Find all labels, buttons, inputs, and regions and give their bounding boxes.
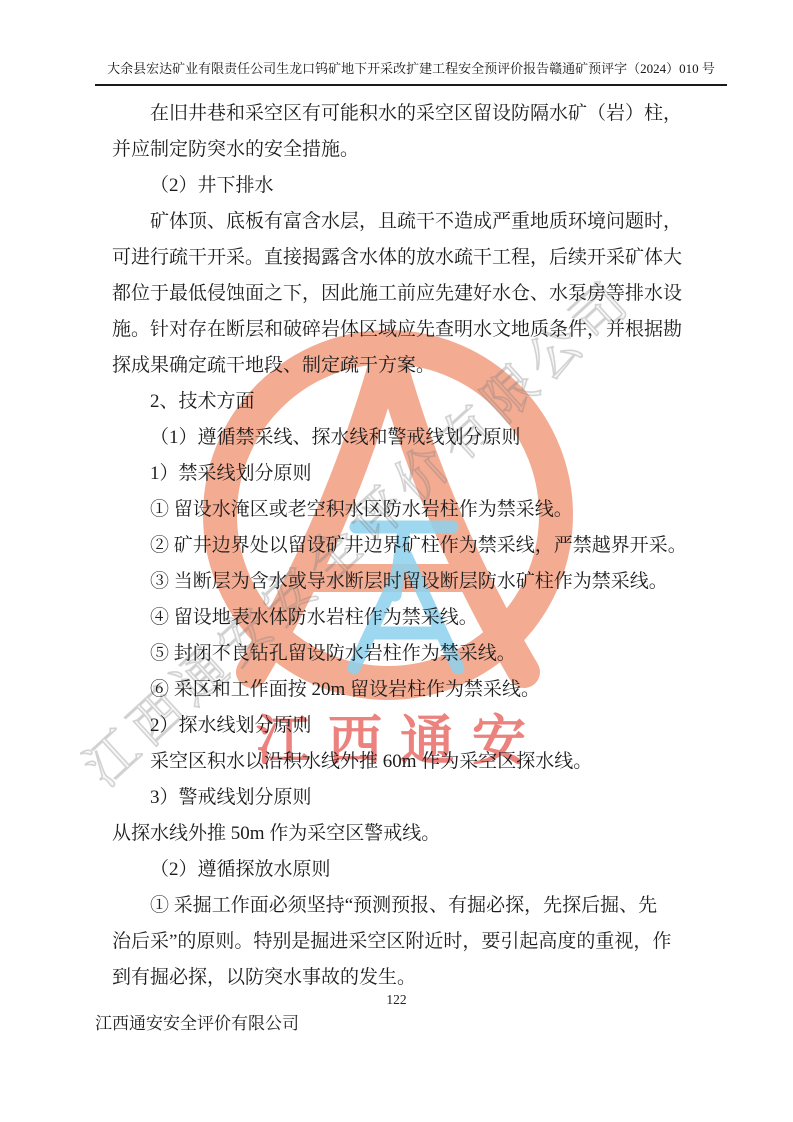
body-text-line: ⑤ 封闭不良钻孔留设防水岩柱作为禁采线。 — [112, 636, 682, 672]
body-text-line: 在旧井巷和采空区有可能积水的采空区留设防隔水矿（岩）柱， — [112, 96, 682, 132]
body-text-line: 2）探水线划分原则 — [112, 708, 682, 744]
body-text-line: 2、技术方面 — [112, 384, 682, 420]
body-text-line: 矿体顶、底板有富含水层，且疏干不造成严重地质环境问题时， — [112, 204, 682, 240]
body-text-line: ④ 留设地表水体防水岩柱作为禁采线。 — [112, 600, 682, 636]
body-text-line: 探成果确定疏干地段、制定疏干方案。 — [112, 348, 682, 384]
body-text-line: ② 矿井边界处以留设矿井边界矿柱作为禁采线，严禁越界开采。 — [112, 528, 682, 564]
body-text-line: 施。针对存在断层和破碎岩体区域应先查明水文地质条件，并根据勘 — [112, 312, 682, 348]
body-text-line: （2）井下排水 — [112, 168, 682, 204]
body-text-line: 可进行疏干开采。直接揭露含水体的放水疏干工程，后续开采矿体大 — [112, 240, 682, 276]
body-text-line: 从探水线外推 50m 作为采空区警戒线。 — [112, 816, 682, 852]
body-text-line: 并应制定防突水的安全措施。 — [112, 132, 682, 168]
body-text-line: 都位于最低侵蚀面之下，因此施工前应先建好水仓、水泵房等排水设 — [112, 276, 682, 312]
body-text-line: ① 采掘工作面必须坚持“预测预报、有掘必探，先探后掘、先 — [112, 888, 682, 924]
body-text: 在旧井巷和采空区有可能积水的采空区留设防隔水矿（岩）柱，并应制定防突水的安全措施… — [112, 96, 682, 996]
body-text-line: ① 留设水淹区或老空积水区防水岩柱作为禁采线。 — [112, 492, 682, 528]
body-text-line: 到有掘必探，以防突水事故的发生。 — [112, 960, 682, 996]
body-text-line: 1）禁采线划分原则 — [112, 456, 682, 492]
footer-company-name: 江西通安安全评价有限公司 — [95, 1009, 299, 1034]
body-text-line: ③ 当断层为含水或导水断层时留设断层防水矿柱作为禁采线。 — [112, 564, 682, 600]
body-text-line: 采空区积水以沿积水线外推 60m 作为采空区探水线。 — [112, 744, 682, 780]
body-text-line: 治后采”的原则。特别是掘进采空区附近时，要引起高度的重视，作 — [112, 924, 682, 960]
body-text-line: 3）警戒线划分原则 — [112, 780, 682, 816]
page-header-title: 大余县宏达矿业有限责任公司生龙口钨矿地下开采改扩建工程安全预评价报告赣通矿预评字… — [95, 58, 727, 86]
document-page: 江西通安安全评价有限公司 江西通安 大余县宏达矿业有限责任公司生龙口钨矿地下开采… — [0, 0, 793, 1122]
body-text-line: （1）遵循禁采线、探水线和警戒线划分原则 — [112, 420, 682, 456]
body-text-line: （2）遵循探放水原则 — [112, 852, 682, 888]
body-text-line: ⑥ 采区和工作面按 20m 留设岩柱作为禁采线。 — [112, 672, 682, 708]
page-number: 122 — [0, 992, 793, 1008]
